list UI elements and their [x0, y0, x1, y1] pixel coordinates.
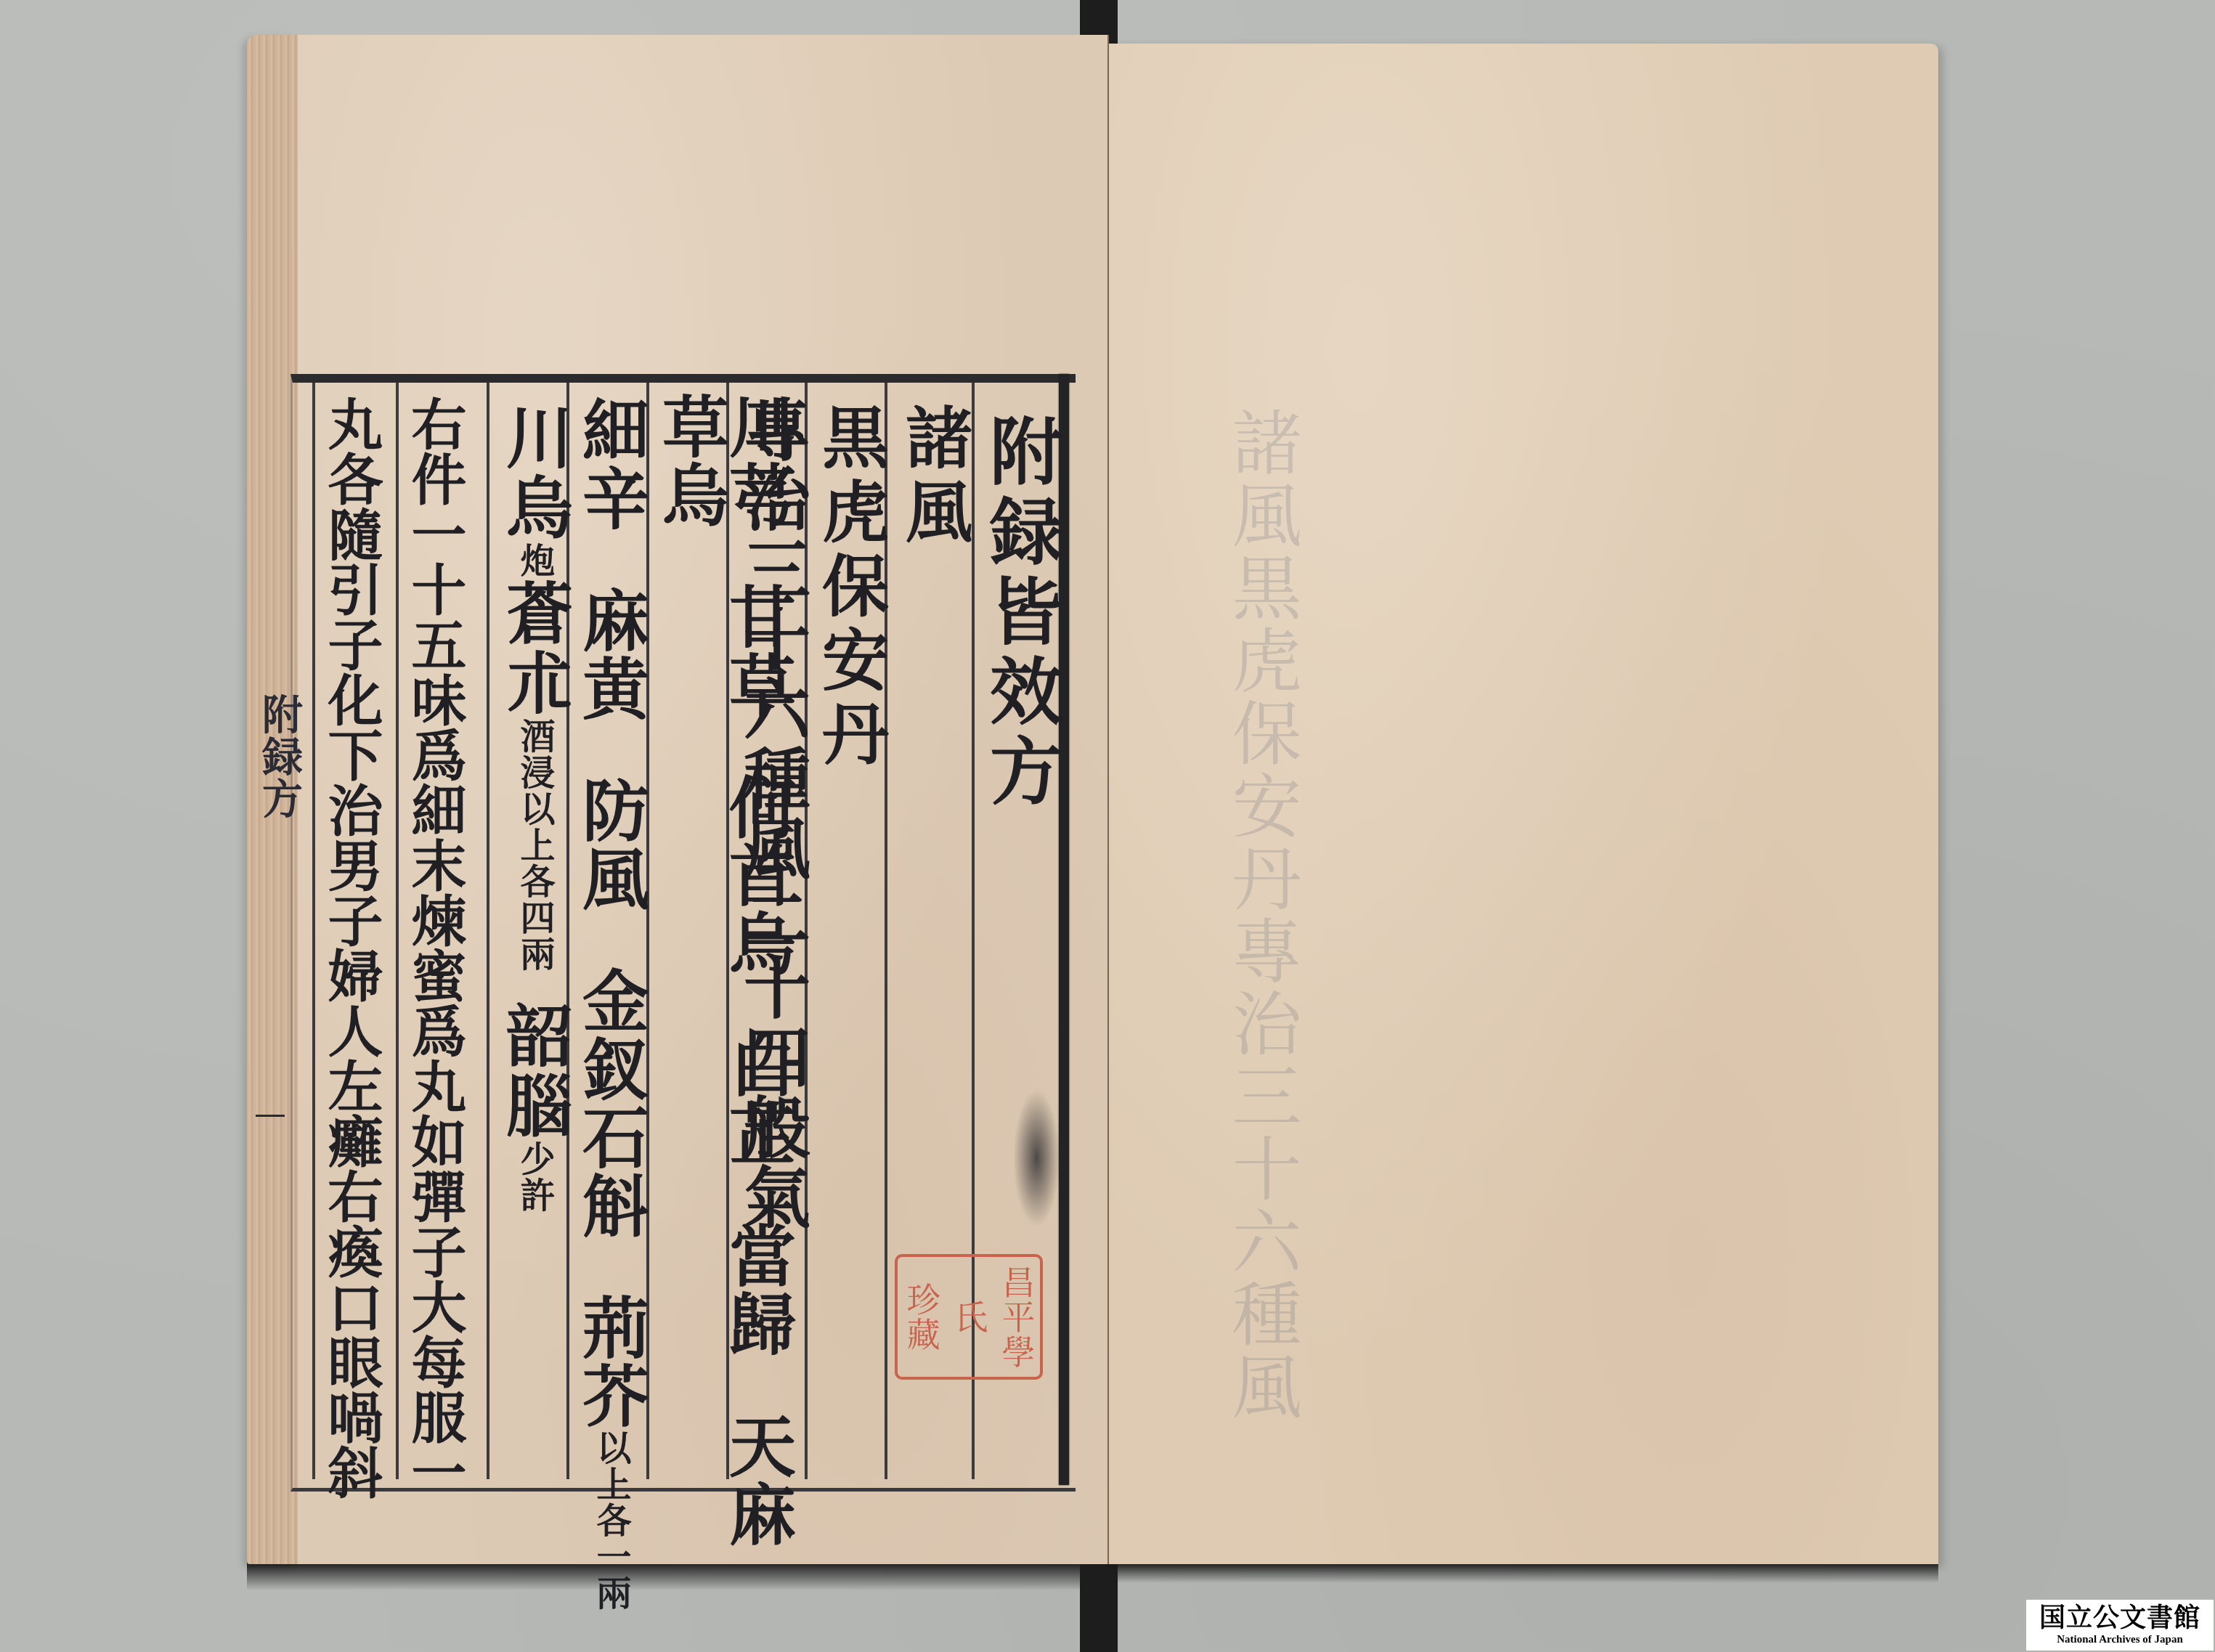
column-rule	[312, 383, 315, 1479]
ingredient-chuanwu: 川烏	[495, 403, 574, 542]
section-heading: 諸風	[901, 403, 967, 551]
seal-line-3: 珍藏	[904, 1282, 939, 1352]
annotation-shaoxu: 少許	[514, 1141, 555, 1213]
ingredients-annotation: 以上各一兩	[590, 1430, 631, 1611]
column-rule	[396, 383, 399, 1479]
show-through-text: 諸風黒虎保安丹專治三十六種風	[1133, 407, 1300, 1452]
national-archives-logo: 国立公文書館 National Archives of Japan	[2026, 1600, 2214, 1651]
dosage-text: 丸各隨引子化下治男子婦人左癱右瘓口眼喎斜	[323, 396, 378, 1500]
page-shadow-right	[1118, 1561, 1938, 1583]
seal-line-2: 氏	[951, 1300, 986, 1335]
ingredients-column-1: 川芎 甘草 何首烏 白芷 當歸 天麻 草烏	[657, 392, 791, 1652]
ink-smudge	[1013, 1089, 1060, 1227]
ingredients-column-3: 川烏炮蒼朮酒浸以上各四兩韶腦少許	[501, 403, 568, 1213]
ingredients-main: 細辛 麻黄 防風 金釵石斛 荊芥	[572, 396, 650, 1430]
ingredient-shaonao: 韶腦	[495, 1001, 574, 1141]
logo-english: National Archives of Japan	[2057, 1634, 2183, 1646]
preparation-text: 右件一十五味爲細末煉蜜爲丸如彈子大每服一	[407, 396, 462, 1500]
margin-label: 附録方	[251, 693, 309, 820]
column-rule	[487, 383, 489, 1479]
ownership-seal: 昌平學 氏 珍藏	[895, 1254, 1043, 1380]
logo-japanese: 国立公文書館	[2039, 1605, 2200, 1631]
recipe-name: 黒虎保安丹	[817, 403, 884, 773]
ingredient-cangzhu: 蒼朮	[495, 579, 574, 718]
bookmark-ribbon-bottom	[1080, 1561, 1118, 1652]
annotation-pao: 炮	[514, 542, 555, 579]
ingredients-column-2: 細辛 麻黄 防風 金釵石斛 荊芥以上各一兩	[577, 396, 644, 1611]
seal-line-1: 昌平學	[999, 1265, 1033, 1370]
annotation-jiujin: 酒浸以上各四兩	[514, 718, 555, 972]
title-column: 附録皆效方	[984, 414, 1057, 813]
margin-page-number-mark	[256, 1115, 285, 1117]
